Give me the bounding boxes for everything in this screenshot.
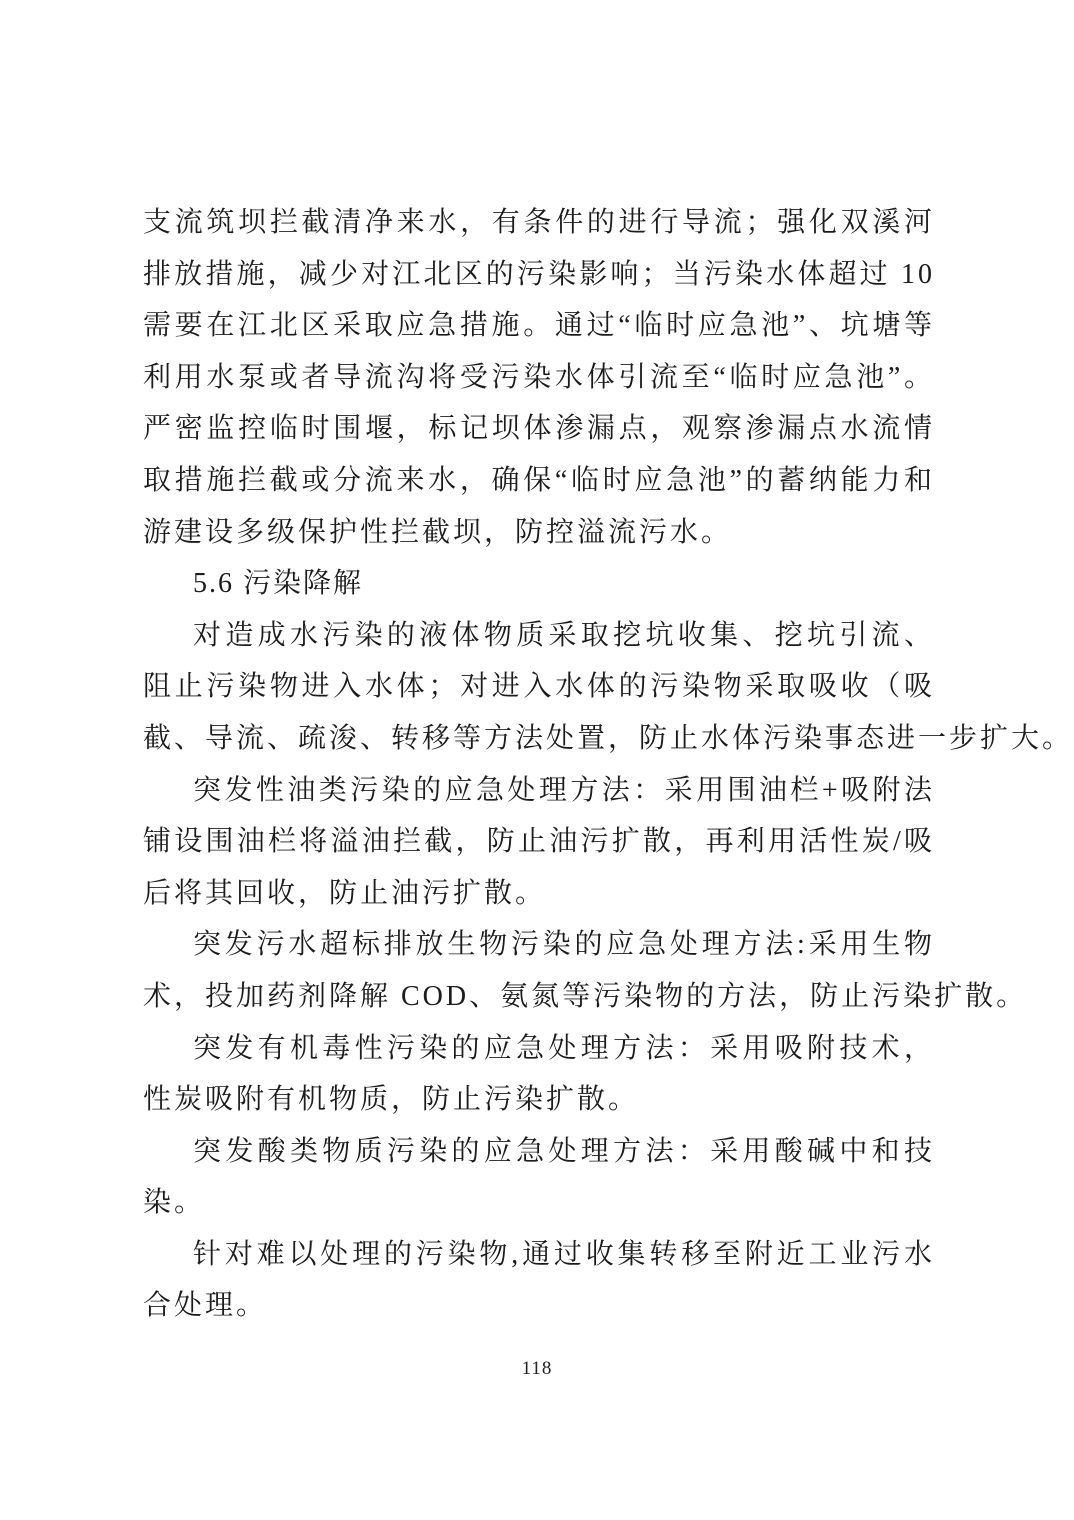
section-heading: 5.6 污染降解	[143, 558, 935, 610]
text-line: 阻止污染物进入水体；对进入水体的污染物采取吸收（吸附）、中和、拦	[143, 661, 935, 713]
text-line: 染。	[143, 1177, 935, 1229]
text-line: 合处理。	[143, 1280, 935, 1332]
text-line: 术，投加药剂降解 COD、氨氮等污染物的方法，防止污染扩散。	[143, 971, 935, 1023]
page-number: 118	[522, 1358, 553, 1379]
text-line: 利用水泵或者导流沟将受污染水体引流至“临时应急池”。开始蓄水后应	[143, 352, 935, 404]
text-line: 铺设围油栏将溢油拦截，防止油污扩散，再利用活性炭/吸油毡吸附油料	[143, 816, 935, 868]
text-line: 支流筑坝拦截清净来水，有条件的进行导流；强化双溪河入江北区控制性	[143, 197, 935, 249]
text-line: 截、导流、疏浚、转移等方法处置，防止水体污染事态进一步扩大。	[143, 713, 935, 765]
text-line: 针对难以处理的污染物,通过收集转移至附近工业污水处理厂进行综	[143, 1229, 935, 1281]
text-line: 取措施拦截或分流来水，确保“临时应急池”的蓄纳能力和河道安全，下	[143, 455, 935, 507]
document-body: 支流筑坝拦截清净来水，有条件的进行导流；强化双溪河入江北区控制性排放措施，减少对…	[143, 197, 935, 1332]
text-line: 后将其回收，防止油污扩散。	[143, 868, 935, 920]
text-line: 突发有机毒性污染的应急处理方法：采用吸附技术，常用吸附材料活	[143, 1023, 935, 1075]
text-line: 游建设多级保护性拦截坝，防控溢流污水。	[143, 507, 935, 559]
text-line: 需要在江北区采取应急措施。通过“临时应急池”、坑塘等截蓄污水时，	[143, 300, 935, 352]
text-line: 突发性油类污染的应急处理方法：采用围油栏+吸附法处理技术，先	[143, 765, 935, 817]
text-line: 对造成水污染的液体物质采取挖坑收集、挖坑引流、筑坝拦截等方法	[143, 610, 935, 662]
text-line: 突发污水超标排放生物污染的应急处理方法:采用生物降解法处理技	[143, 919, 935, 971]
text-line: 排放措施，减少对江北区的污染影响；当污染水体超过 10 万立方米的，	[143, 249, 935, 301]
text-line: 严密监控临时围堰，标记坝体渗漏点，观察渗漏点水流情况。上游继续采	[143, 403, 935, 455]
page-footer: 118	[0, 1358, 1074, 1380]
text-line: 突发酸类物质污染的应急处理方法：采用酸碱中和技术控制水体污	[143, 1126, 935, 1178]
document-page: 支流筑坝拦截清净来水，有条件的进行导流；强化双溪河入江北区控制性排放措施，减少对…	[0, 0, 1074, 1520]
text-line: 性炭吸附有机物质，防止污染扩散。	[143, 1074, 935, 1126]
